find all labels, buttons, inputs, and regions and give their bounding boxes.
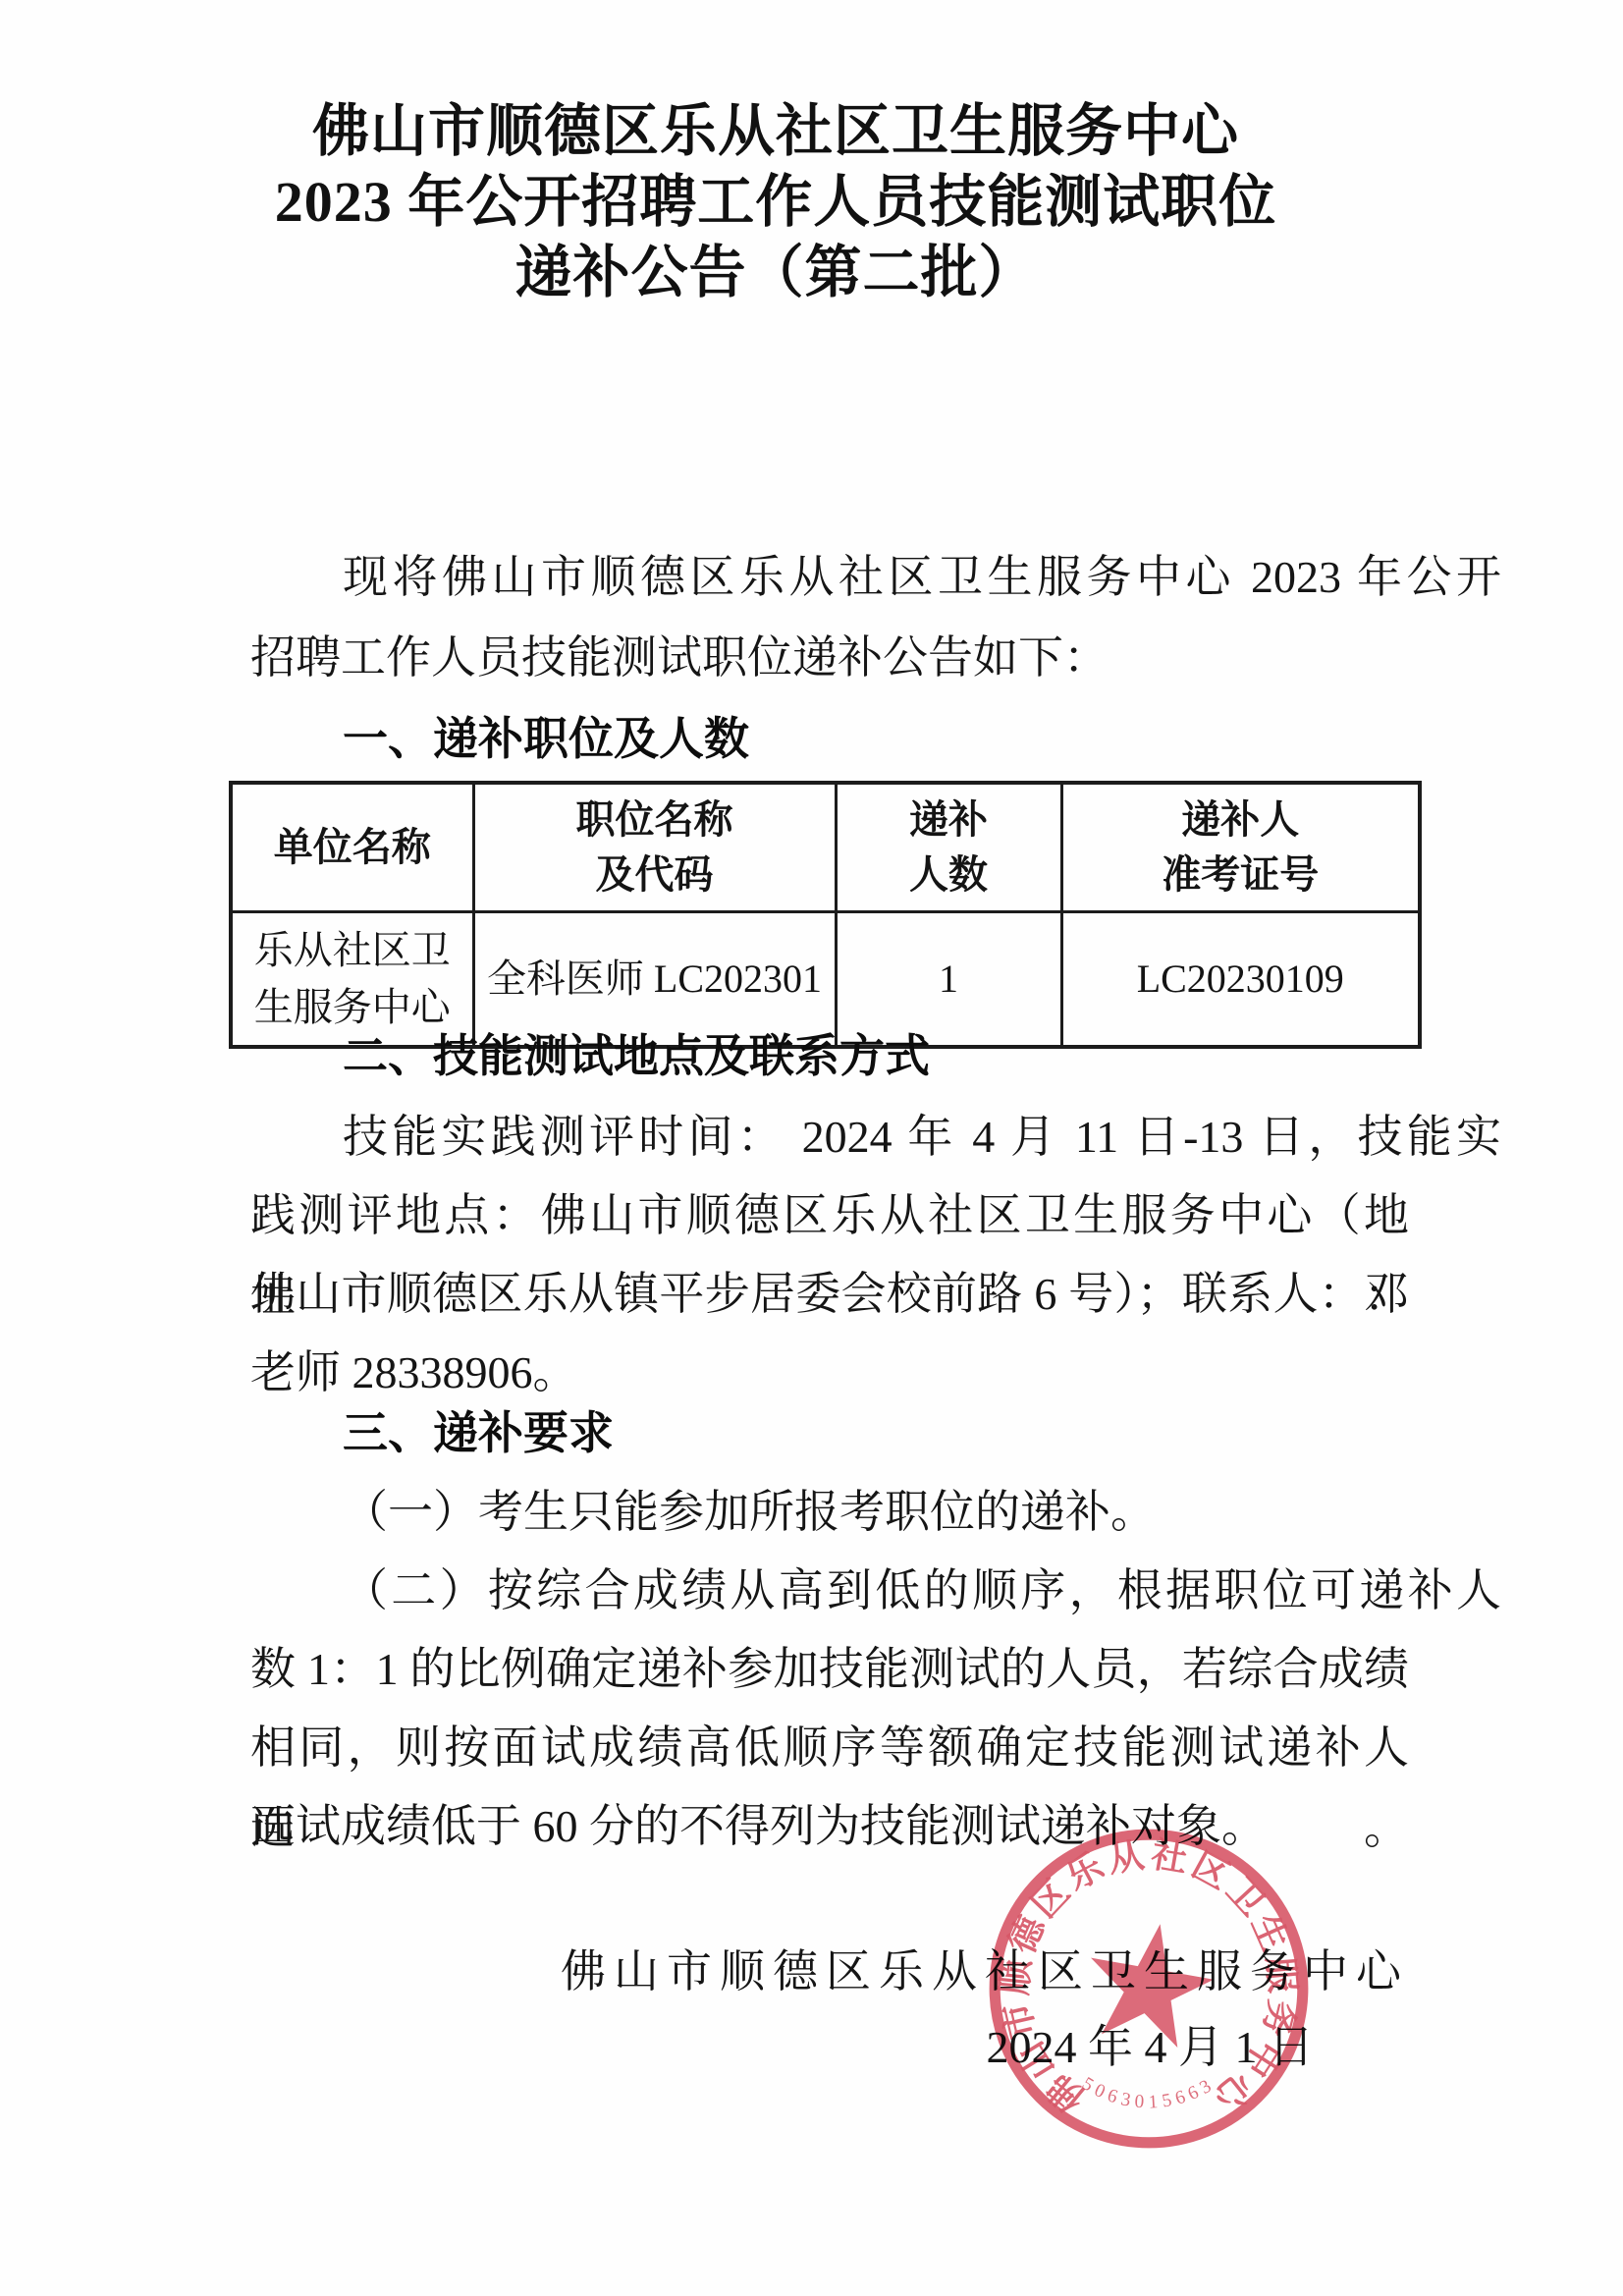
intro-line-2: 招聘工作人员技能测试职位递补公告如下： xyxy=(250,618,1409,698)
header-candidate-number: 递补人 准考证号 xyxy=(1061,783,1420,912)
section2-heading: 二、技能测试地点及联系方式 xyxy=(250,1016,1501,1097)
section3-item2-line1: （二）按综合成绩从高到低的顺序，根据职位可递补人 xyxy=(250,1551,1501,1631)
section3-item1: （一）考生只能参加所报考职位的递补。 xyxy=(250,1472,1501,1553)
seal-star-icon xyxy=(1078,1913,1221,2051)
section1-heading: 一、递补职位及人数 xyxy=(250,699,1501,780)
title-line-3: 递补公告（第二批） xyxy=(147,238,1404,308)
section3-item2-line2: 数 1：1 的比例确定递补参加技能测试的人员，若综合成绩 xyxy=(250,1629,1409,1710)
header-supplement-count: 递补 人数 xyxy=(836,783,1061,912)
official-seal: 佛山市顺德区乐从社区卫生服务中心 5063015663 xyxy=(980,1820,1318,2158)
section2-line-1: 技能实践测评时间： 2024 年 4 月 11 日-13 日，技能实 xyxy=(250,1097,1501,1177)
header-position-code: 职位名称 及代码 xyxy=(473,783,836,912)
document-page: 佛山市顺德区乐从社区卫生服务中心 2023 年公开招聘工作人员技能测试职位 递补… xyxy=(0,0,1623,2296)
title-line-2: 2023 年公开招聘工作人员技能测试职位 xyxy=(147,167,1404,238)
document-title: 佛山市顺德区乐从社区卫生服务中心 2023 年公开招聘工作人员技能测试职位 递补… xyxy=(147,96,1404,308)
svg-text:5063015663: 5063015663 xyxy=(1078,2073,1219,2112)
header-unit-name: 单位名称 xyxy=(231,783,473,912)
seal-number: 5063015663 xyxy=(1078,2073,1219,2112)
positions-table: 单位名称 职位名称 及代码 递补 人数 递补人 准考证号 乐从社区卫 生服务中心… xyxy=(229,781,1422,1049)
table-header-row: 单位名称 职位名称 及代码 递补 人数 递补人 准考证号 xyxy=(231,783,1420,912)
section3-heading: 三、递补要求 xyxy=(250,1394,1501,1474)
intro-line-1: 现将佛山市顺德区乐从社区卫生服务中心 2023 年公开 xyxy=(250,537,1501,618)
title-line-1: 佛山市顺德区乐从社区卫生服务中心 xyxy=(147,96,1404,167)
section2-line-3: 佛山市顺德区乐从镇平步居委会校前路 6 号）；联系人：邓 xyxy=(250,1254,1409,1335)
